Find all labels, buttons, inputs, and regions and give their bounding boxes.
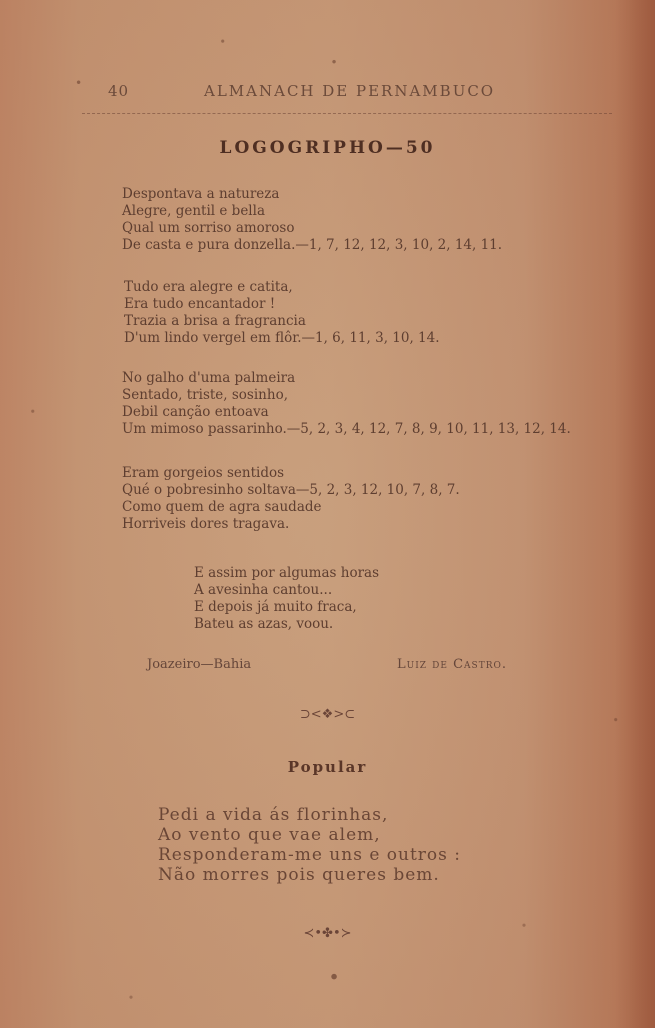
poem-title-logogripho: LOGOGRIPHO—50 xyxy=(0,138,655,158)
verse-line: Responderam-me uns e outros : xyxy=(158,845,461,865)
running-header: 40 ALMANACH DE PERNAMBUCO xyxy=(108,82,578,102)
page-number: 40 xyxy=(108,82,129,100)
ornament-divider-icon: ⊃<❖>⊂ xyxy=(0,707,655,722)
verse-line: Debil canção entoava xyxy=(122,404,571,421)
verse-line: De casta e pura donzella.—1, 7, 12, 12, … xyxy=(122,237,502,254)
verse-line: Ao vento que vae alem, xyxy=(158,825,461,845)
verse-line: Horriveis dores tragava. xyxy=(122,516,460,533)
verse-line: Despontava a natureza xyxy=(122,186,502,203)
verse-line: D'um lindo vergel em flôr.—1, 6, 11, 3, … xyxy=(124,330,440,347)
verse-line: Pedi a vida ás florinhas, xyxy=(158,805,461,825)
verse-line: No galho d'uma palmeira xyxy=(122,370,571,387)
verse-line: Não morres pois queres bem. xyxy=(158,865,461,885)
poem-title-popular: Popular xyxy=(0,758,655,776)
verse-line: Sentado, triste, sosinho, xyxy=(122,387,571,404)
verse-line: Trazia a brisa a fragrancia xyxy=(124,313,440,330)
stanza-popular: Pedi a vida ás florinhas, Ao vento que v… xyxy=(158,805,461,885)
verse-line: Qué o pobresinho soltava—5, 2, 3, 12, 10… xyxy=(122,482,460,499)
verse-line: E assim por algumas horas xyxy=(194,565,379,582)
verse-line: Era tudo encantador ! xyxy=(124,296,440,313)
verse-line: Alegre, gentil e bella xyxy=(122,203,502,220)
verse-line: Tudo era alegre e catita, xyxy=(124,279,440,296)
verse-line: Bateu as azas, voou. xyxy=(194,616,379,633)
author-name: Luiz de Castro. xyxy=(397,657,507,672)
place-line: Joazeiro—Bahia xyxy=(147,657,251,672)
verse-line: Eram gorgeios sentidos xyxy=(122,465,460,482)
ornament-end-icon: ≺•✤•≻ xyxy=(0,926,655,941)
running-title: ALMANACH DE PERNAMBUCO xyxy=(204,82,495,100)
stanza-1: Despontava a natureza Alegre, gentil e b… xyxy=(122,186,502,254)
verse-line: Como quem de agra saudade xyxy=(122,499,460,516)
stanza-2: Tudo era alegre e catita, Era tudo encan… xyxy=(124,279,440,347)
verse-line: E depois já muito fraca, xyxy=(194,599,379,616)
header-rule xyxy=(82,113,612,114)
stanza-3: No galho d'uma palmeira Sentado, triste,… xyxy=(122,370,571,438)
verse-line: A avesinha cantou... xyxy=(194,582,379,599)
verse-line: Qual um sorriso amoroso xyxy=(122,220,502,237)
stanza-4: Eram gorgeios sentidos Qué o pobresinho … xyxy=(122,465,460,533)
verse-line: Um mimoso passarinho.—5, 2, 3, 4, 12, 7,… xyxy=(122,421,571,438)
stanza-5: E assim por algumas horas A avesinha can… xyxy=(194,565,379,633)
